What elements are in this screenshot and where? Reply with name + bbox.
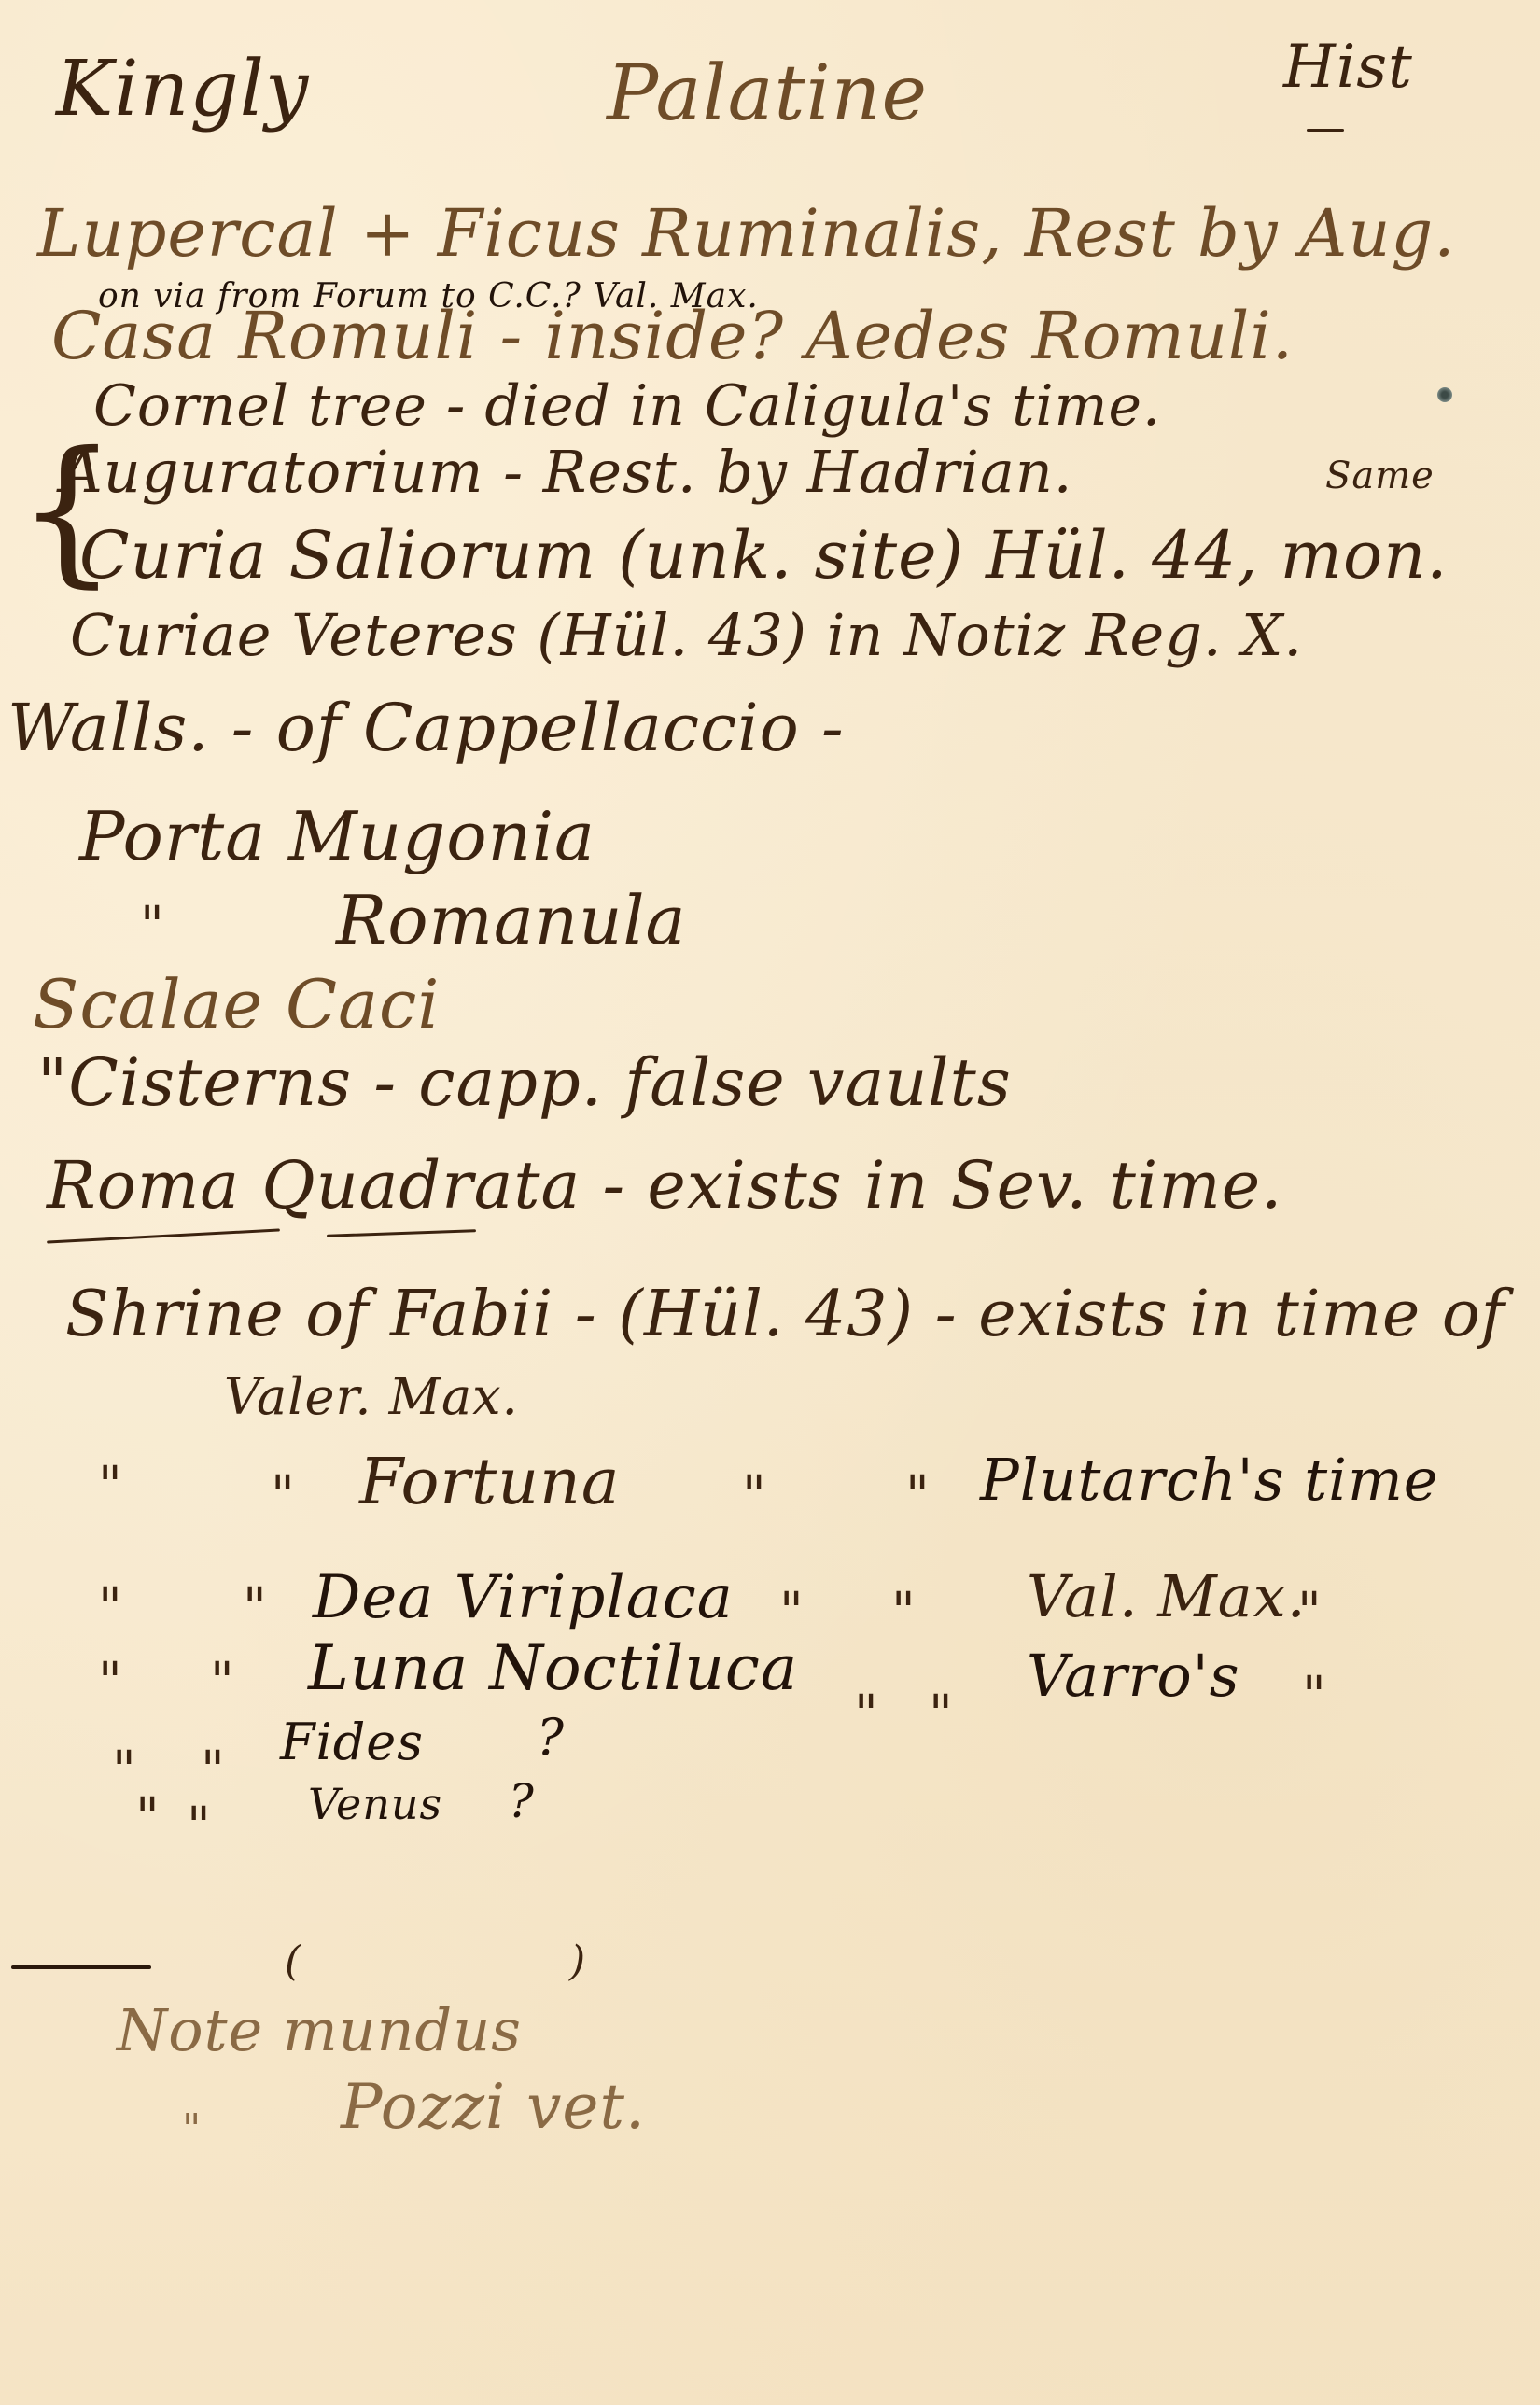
line-cisterns: "Cisterns - capp. false vaults xyxy=(37,1050,1012,1115)
ditto-mark: " xyxy=(98,1657,123,1709)
line-shrine-fabii: Shrine of Fabii - (Hül. 43) - exists in … xyxy=(65,1283,1505,1347)
ditto-mark: " xyxy=(112,1745,137,1797)
line-curiae-veteres: Curiae Veteres (Hül. 43) in Notiz Reg. X… xyxy=(70,607,1303,664)
shrine-name: Luna Noctiluca xyxy=(308,1638,798,1699)
ditto-mark: " xyxy=(742,1470,767,1522)
ditto-mark: " xyxy=(929,1689,954,1741)
shrine-name: Dea Viriplaca xyxy=(313,1568,734,1628)
note-same: Same xyxy=(1325,457,1435,495)
ditto-mark: " xyxy=(187,1801,212,1853)
line-porta-mugonia: Porta Mugonia xyxy=(79,803,595,870)
ditto-mark: " xyxy=(854,1689,879,1741)
shrine-source: ? xyxy=(537,1713,565,1763)
line-walls: Walls. - of Cappellaccio - xyxy=(7,695,845,761)
header-left-kingly: Kingly xyxy=(56,51,309,128)
line-cornel-tree: Cornel tree - died in Caligula's time. xyxy=(93,378,1161,434)
ditto-mark: " xyxy=(891,1587,917,1639)
footer-ditto: " xyxy=(182,2109,202,2150)
ditto-mark: " xyxy=(210,1657,235,1709)
ditto-mark: " xyxy=(135,1792,161,1844)
ditto-mark: " xyxy=(1297,1587,1323,1639)
line-auguratorium: Auguratorium - Rest. by Hadrian. xyxy=(61,443,1072,501)
header-right-hist: Hist xyxy=(1283,37,1413,97)
line-casa-romuli: Casa Romuli - inside? Aedes Romuli. xyxy=(51,303,1294,369)
ditto-mark: " xyxy=(243,1582,268,1634)
header-center-palatine: Palatine xyxy=(607,56,928,133)
shrine-source: Varro's xyxy=(1027,1647,1240,1705)
line-lupercal: Lupercal + Ficus Ruminalis, Rest by Aug. xyxy=(37,201,1455,266)
footer-paren-close: ) xyxy=(569,1941,586,1982)
ink-spot xyxy=(1437,387,1452,402)
line-shrine-fabii-cont: Valer. Max. xyxy=(224,1372,519,1422)
footer-rule xyxy=(11,1965,151,1969)
shrine-source: ? xyxy=(509,1778,535,1825)
line-curia-saliorum: Curia Saliorum (unk. site) Hül. 44, mon. xyxy=(79,523,1449,588)
ditto-mark: " xyxy=(271,1470,296,1522)
ditto-mark: " xyxy=(98,1582,123,1634)
ditto-mark: " xyxy=(779,1587,805,1639)
ditto-mark: " xyxy=(98,1461,123,1513)
ditto-mark: " xyxy=(1302,1671,1327,1723)
footer-note-mundus: Note mundus xyxy=(117,2002,522,2060)
ditto-mark: " xyxy=(201,1745,226,1797)
line-roma-quadrata: Roma Quadrata - exists in Sev. time. xyxy=(47,1153,1282,1218)
ditto-porta-romanula: " xyxy=(140,901,165,953)
shrine-name: Fortuna xyxy=(359,1451,620,1515)
footer-paren-open: ( xyxy=(285,1941,301,1982)
shrine-source: Plutarch's time xyxy=(980,1451,1438,1509)
ditto-mark: " xyxy=(905,1470,931,1522)
shrine-source: Val. Max. xyxy=(1027,1568,1306,1626)
shrine-name: Fides xyxy=(280,1717,424,1768)
header-right-underline xyxy=(1307,129,1344,132)
footer-pozzi-vet: Pozzi vet. xyxy=(341,2076,646,2138)
line-scalae-caci: Scalae Caci xyxy=(33,971,440,1038)
shrine-name: Venus xyxy=(308,1783,442,1825)
line-porta-romanula: Romanula xyxy=(336,887,686,954)
